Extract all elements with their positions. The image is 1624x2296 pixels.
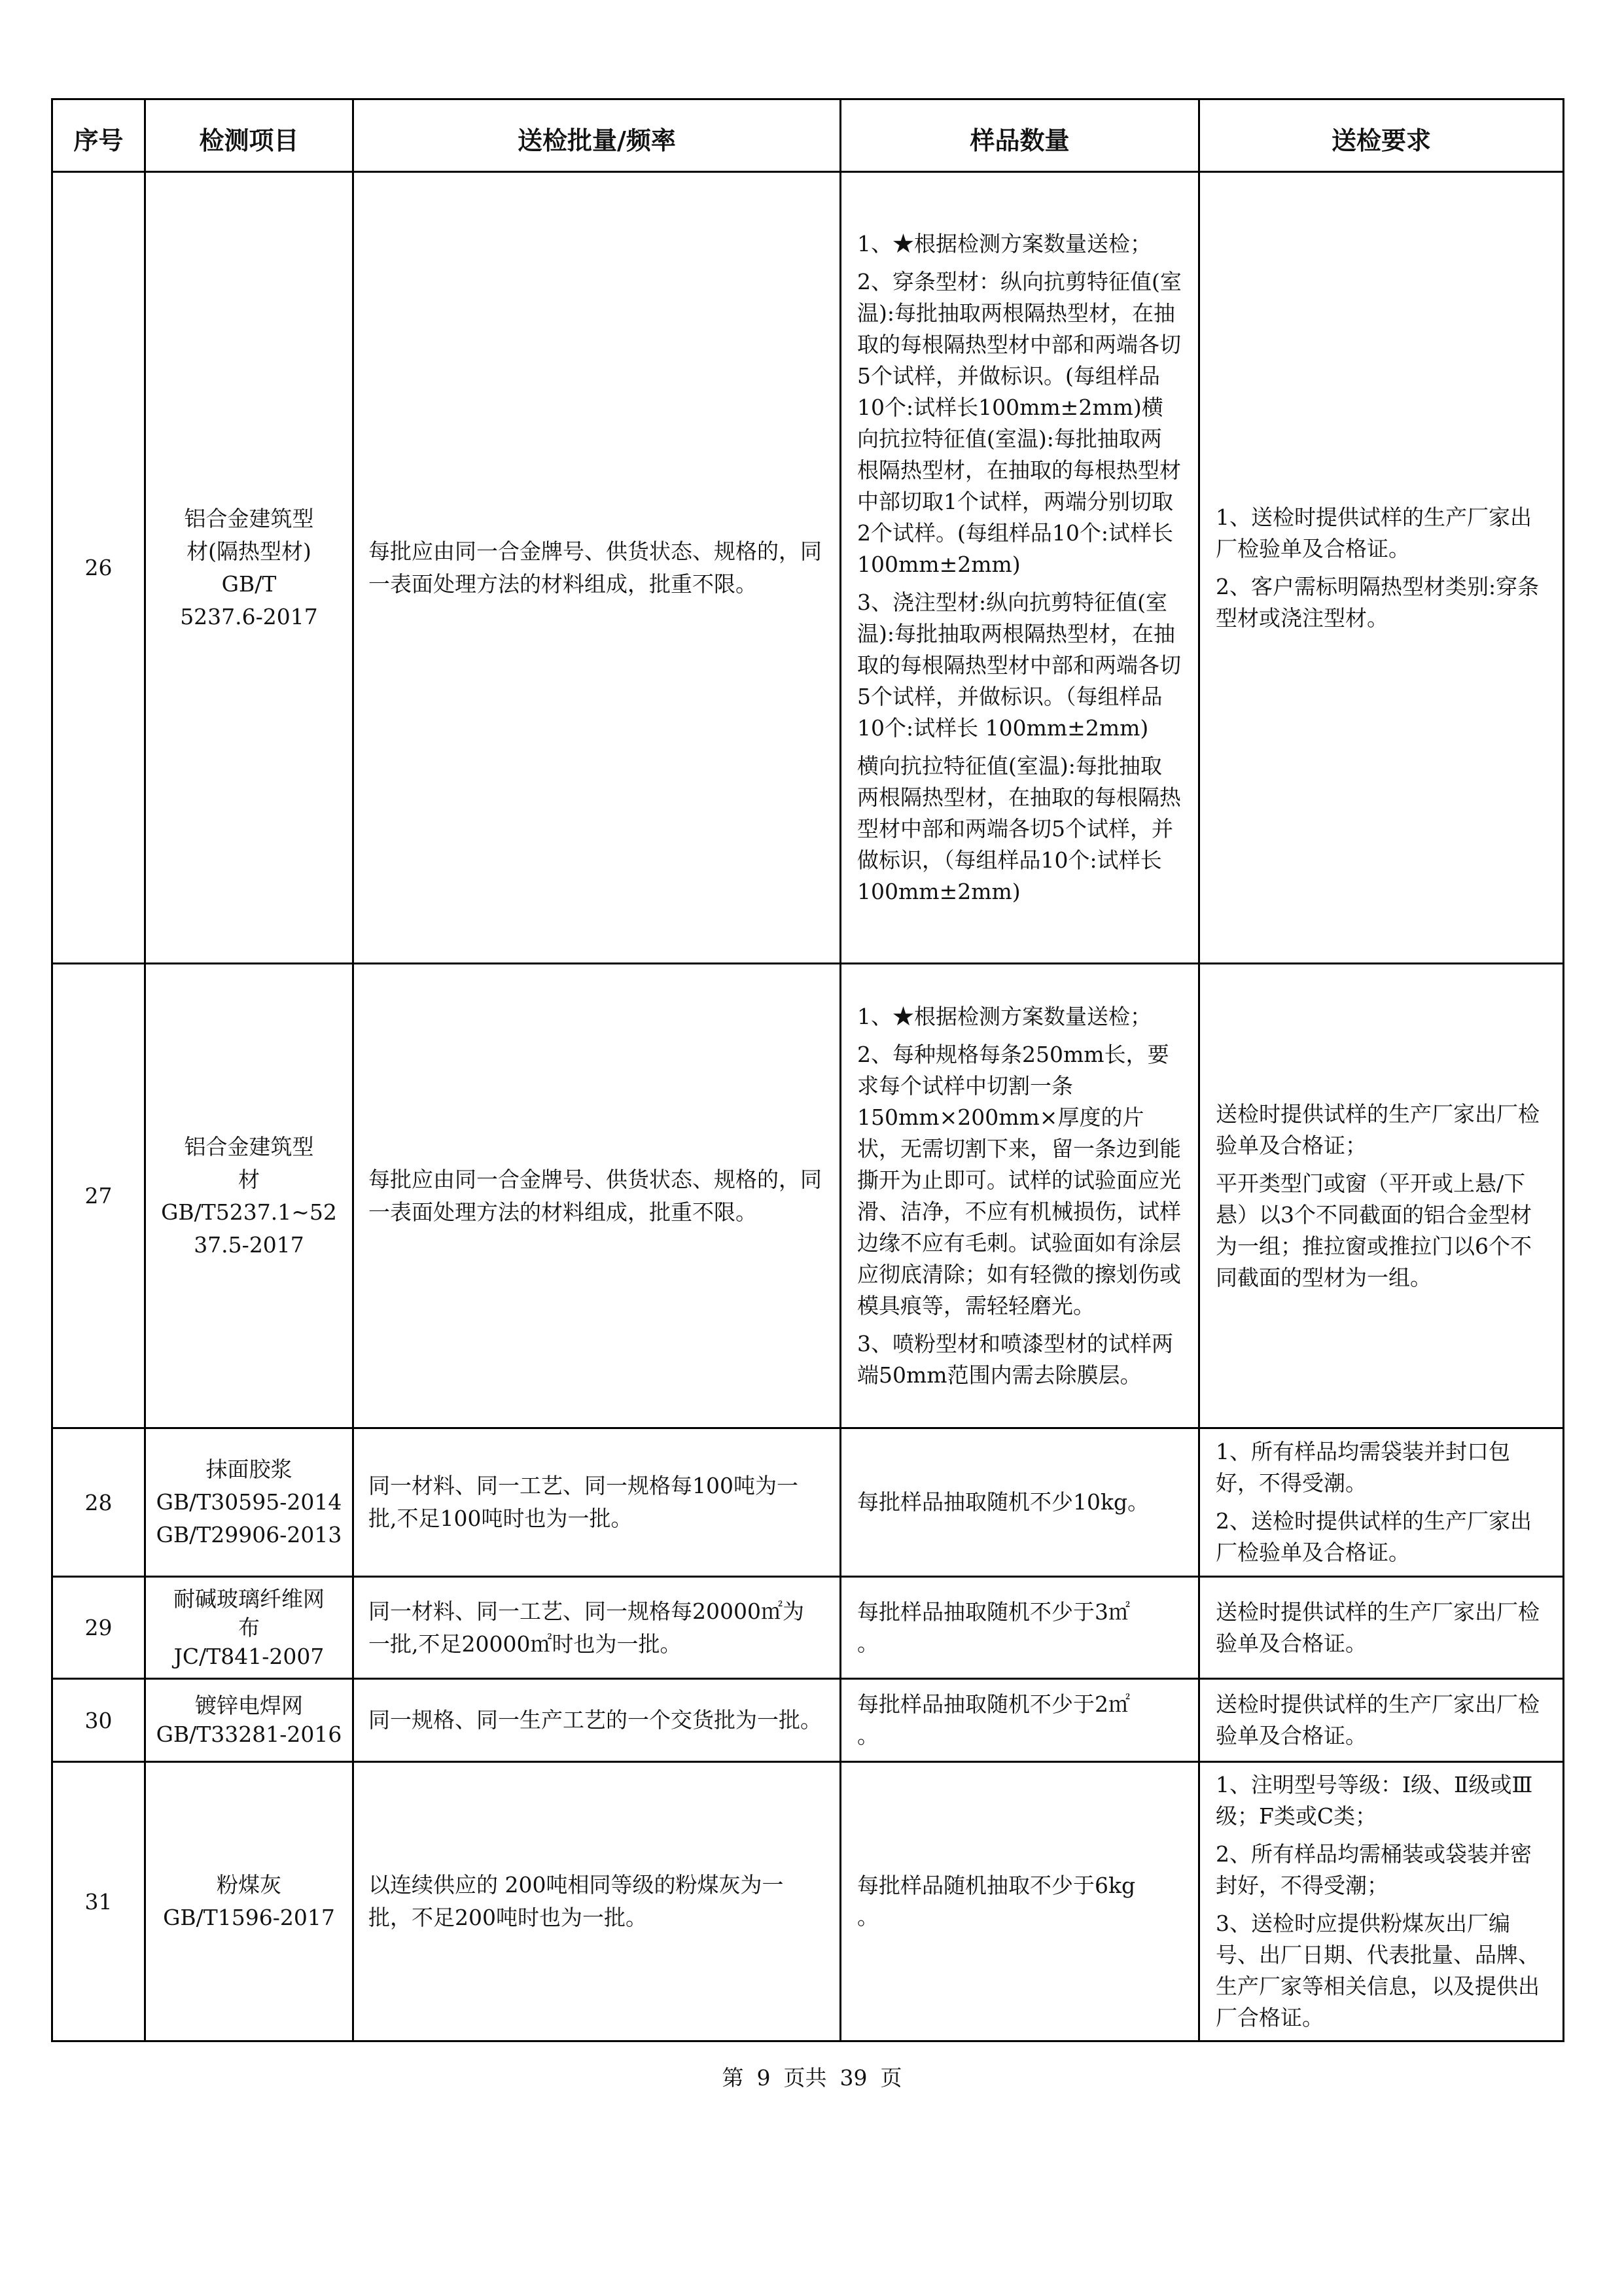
table-row: 29 耐碱玻璃纤维网 布 JC/T841-2007 同一材料、同一工艺、同一规格… (52, 1577, 1564, 1679)
sample-line: 。 (857, 1901, 1182, 1933)
requirement-para: 1、注明型号等级：Ⅰ级、Ⅱ级或Ⅲ级；F类或C类； (1216, 1769, 1547, 1832)
sample-para: 1、★根据检测方案数量送检； (857, 228, 1182, 260)
cell-seq: 30 (52, 1679, 145, 1762)
header-seq: 序号 (52, 99, 145, 172)
cell-batch: 以连续供应的 200吨相同等级的粉煤灰为一批，不足200吨时也为一批。 (353, 1762, 841, 2041)
cell-requirements: 1、送检时提供试样的生产厂家出厂检验单及合格证。 2、客户需标明隔热型材类别:穿… (1199, 172, 1564, 964)
item-line: 布 (154, 1614, 344, 1642)
footer-current-page: 9 (757, 2065, 771, 2091)
sample-line: 。 (857, 1720, 1182, 1752)
cell-seq: 27 (52, 964, 145, 1428)
cell-sample: 每批样品抽取随机不少10kg。 (841, 1428, 1199, 1577)
requirement-para: 平开类型门或窗（平开或上悬/下悬）以3个不同截面的铝合金型材为一组；推拉窗或推拉… (1216, 1168, 1547, 1294)
item-line: 粉煤灰 (154, 1869, 344, 1901)
footer-middle: 页共 (784, 2065, 827, 2091)
table-row: 26 铝合金建筑型 材(隔热型材) GB/T 5237.6-2017 每批应由同… (52, 172, 1564, 964)
sample-para: 横向抗拉特征值(室温):每批抽取两根隔热型材，在抽取的每根隔热型材中部和两端各切… (857, 751, 1182, 908)
cell-sample: 1、★根据检测方案数量送检； 2、每种规格每条250mm长，要求每个试样中切割一… (841, 964, 1199, 1428)
page-footer: 第9页共39页 (0, 2061, 1624, 2092)
item-line: GB/T29906-2013 (154, 1519, 344, 1551)
item-line: 材 (154, 1163, 344, 1196)
cell-batch: 同一材料、同一工艺、同一规格每20000㎡为一批,不足20000㎡时也为一批。 (353, 1577, 841, 1679)
table-row: 31 粉煤灰 GB/T1596-2017 以连续供应的 200吨相同等级的粉煤灰… (52, 1762, 1564, 2041)
cell-batch: 每批应由同一合金牌号、供货状态、规格的，同一表面处理方法的材料组成，批重不限。 (353, 172, 841, 964)
cell-sample: 每批样品抽取随机不少于3㎡ 。 (841, 1577, 1199, 1679)
cell-item: 抹面胶浆 GB/T30595-2014 GB/T29906-2013 (145, 1428, 353, 1577)
sample-line: 。 (857, 1628, 1182, 1659)
item-line: 耐碱玻璃纤维网 (154, 1585, 344, 1614)
header-sample: 样品数量 (841, 99, 1199, 172)
cell-batch: 同一材料、同一工艺、同一规格每100吨为一批,不足100吨时也为一批。 (353, 1428, 841, 1577)
cell-requirements: 送检时提供试样的生产厂家出厂检验单及合格证。 (1199, 1577, 1564, 1679)
item-line: 5237.6-2017 (154, 601, 344, 633)
sample-line: 每批样品随机抽取不少于6kg (857, 1870, 1182, 1901)
sample-para: 3、浇注型材:纵向抗剪特征值(室温):每批抽取两根隔热型材，在抽取的每根隔热型材… (857, 587, 1182, 744)
table-header-row: 序号 检测项目 送检批量/频率 样品数量 送检要求 (52, 99, 1564, 172)
item-line: GB/T30595-2014 (154, 1486, 344, 1519)
requirement-para: 3、送检时应提供粉煤灰出厂编号、出厂日期、代表批量、品牌、生产厂家等相关信息，以… (1216, 1908, 1547, 2034)
sample-para: 2、穿条型材：纵向抗剪特征值(室温):每批抽取两根隔热型材，在抽取的每根隔热型材… (857, 266, 1182, 580)
cell-item: 粉煤灰 GB/T1596-2017 (145, 1762, 353, 2041)
sample-para: 每批样品抽取随机不少10kg。 (857, 1487, 1182, 1518)
requirement-para: 2、所有样品均需桶装或袋装并密封好，不得受潮； (1216, 1839, 1547, 1901)
cell-item: 镀锌电焊网 GB/T33281-2016 (145, 1679, 353, 1762)
cell-requirements: 1、所有样品均需袋装并封口包好，不得受潮。 2、送检时提供试样的生产厂家出厂检验… (1199, 1428, 1564, 1577)
cell-sample: 每批样品随机抽取不少于6kg 。 (841, 1762, 1199, 2041)
cell-batch: 同一规格、同一生产工艺的一个交货批为一批。 (353, 1679, 841, 1762)
cell-seq: 31 (52, 1762, 145, 2041)
requirement-para: 送检时提供试样的生产厂家出厂检验单及合格证； (1216, 1099, 1547, 1161)
document-page: 序号 检测项目 送检批量/频率 样品数量 送检要求 26 铝合金建筑型 材(隔热… (51, 98, 1562, 2042)
footer-suffix: 页 (881, 2065, 902, 2091)
header-batch: 送检批量/频率 (353, 99, 841, 172)
requirement-para: 2、客户需标明隔热型材类别:穿条型材或浇注型材。 (1216, 571, 1547, 634)
item-line: 材(隔热型材) (154, 535, 344, 568)
item-line: 37.5-2017 (154, 1229, 344, 1262)
item-line: JC/T841-2007 (154, 1642, 344, 1671)
cell-seq: 28 (52, 1428, 145, 1577)
item-line: GB/T33281-2016 (154, 1720, 344, 1749)
requirement-para: 1、送检时提供试样的生产厂家出厂检验单及合格证。 (1216, 502, 1547, 565)
table-row: 28 抹面胶浆 GB/T30595-2014 GB/T29906-2013 同一… (52, 1428, 1564, 1577)
sample-line: 每批样品抽取随机不少于2㎡ (857, 1689, 1182, 1720)
item-line: 镀锌电焊网 (154, 1691, 344, 1720)
cell-item: 铝合金建筑型 材(隔热型材) GB/T 5237.6-2017 (145, 172, 353, 964)
requirement-para: 送检时提供试样的生产厂家出厂检验单及合格证。 (1216, 1597, 1547, 1659)
table-row: 30 镀锌电焊网 GB/T33281-2016 同一规格、同一生产工艺的一个交货… (52, 1679, 1564, 1762)
footer-total-pages: 39 (840, 2065, 868, 2091)
item-line: 铝合金建筑型 (154, 503, 344, 535)
item-line: 抹面胶浆 (154, 1453, 344, 1486)
sample-para: 1、★根据检测方案数量送检； (857, 1001, 1182, 1033)
cell-requirements: 1、注明型号等级：Ⅰ级、Ⅱ级或Ⅲ级；F类或C类； 2、所有样品均需桶装或袋装并密… (1199, 1762, 1564, 2041)
sample-para: 3、喷粉型材和喷漆型材的试样两端50mm范围内需去除膜层。 (857, 1328, 1182, 1391)
sample-line: 每批样品抽取随机不少于3㎡ (857, 1597, 1182, 1628)
cell-seq: 26 (52, 172, 145, 964)
cell-requirements: 送检时提供试样的生产厂家出厂检验单及合格证。 (1199, 1679, 1564, 1762)
footer-prefix: 第 (722, 2065, 744, 2091)
cell-seq: 29 (52, 1577, 145, 1679)
item-line: 铝合金建筑型 (154, 1131, 344, 1163)
item-line: GB/T5237.1~52 (154, 1196, 344, 1229)
cell-sample: 1、★根据检测方案数量送检； 2、穿条型材：纵向抗剪特征值(室温):每批抽取两根… (841, 172, 1199, 964)
cell-requirements: 送检时提供试样的生产厂家出厂检验单及合格证； 平开类型门或窗（平开或上悬/下悬）… (1199, 964, 1564, 1428)
item-line: GB/T1596-2017 (154, 1901, 344, 1934)
header-requirements: 送检要求 (1199, 99, 1564, 172)
cell-sample: 每批样品抽取随机不少于2㎡ 。 (841, 1679, 1199, 1762)
requirement-para: 1、所有样品均需袋装并封口包好，不得受潮。 (1216, 1436, 1547, 1499)
requirement-para: 2、送检时提供试样的生产厂家出厂检验单及合格证。 (1216, 1506, 1547, 1568)
requirement-para: 送检时提供试样的生产厂家出厂检验单及合格证。 (1216, 1689, 1547, 1752)
cell-item: 耐碱玻璃纤维网 布 JC/T841-2007 (145, 1577, 353, 1679)
cell-item: 铝合金建筑型 材 GB/T5237.1~52 37.5-2017 (145, 964, 353, 1428)
table-row: 27 铝合金建筑型 材 GB/T5237.1~52 37.5-2017 每批应由… (52, 964, 1564, 1428)
header-item: 检测项目 (145, 99, 353, 172)
sample-para: 2、每种规格每条250mm长，要求每个试样中切割一条150mm×200mm×厚度… (857, 1039, 1182, 1322)
inspection-table: 序号 检测项目 送检批量/频率 样品数量 送检要求 26 铝合金建筑型 材(隔热… (51, 98, 1564, 2042)
item-line: GB/T (154, 568, 344, 601)
cell-batch: 每批应由同一合金牌号、供货状态、规格的，同一表面处理方法的材料组成，批重不限。 (353, 964, 841, 1428)
